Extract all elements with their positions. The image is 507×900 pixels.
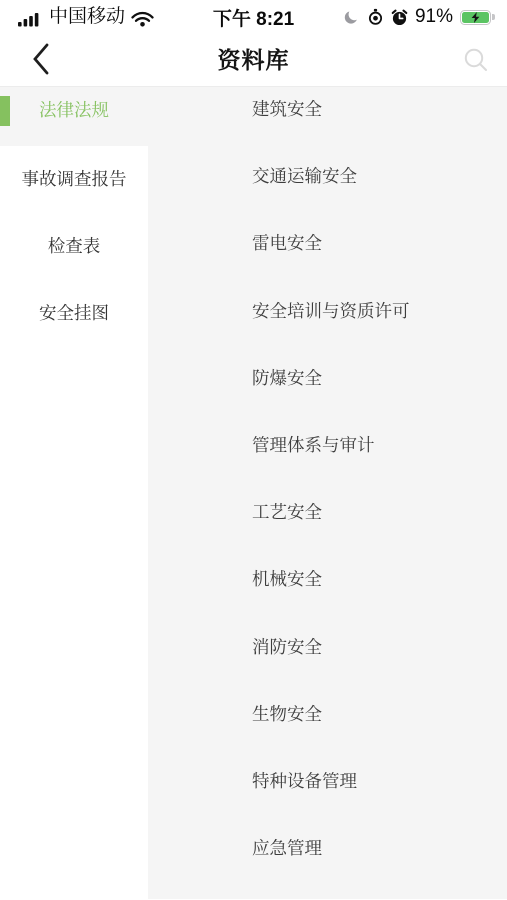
category-item[interactable]: 交通运输安全 [148,154,507,221]
page-title: 资料库 [218,42,290,75]
category-item[interactable]: 机械安全 [148,557,507,624]
category-item[interactable]: 工艺安全 [148,490,507,557]
sidebar-item-safety-posters[interactable]: 安全挂图 [0,280,148,347]
category-item[interactable]: 建筑安全 [148,87,507,154]
category-item[interactable]: 消防安全 [148,625,507,692]
category-item[interactable]: 特种设备管理 [148,759,507,826]
app-body: 法律法规 事故调查报告 检查表 安全挂图 建筑安全 交通运输安全 雷电安全 安全… [0,87,507,899]
battery-charging-icon [460,10,491,25]
phone-screen: 中国移动 下午 8:21 9 [0,0,507,900]
carrier-label: 中国移动 [49,7,125,27]
search-icon [462,46,489,73]
do-not-disturb-moon-icon [344,9,360,25]
sidebar-panel: 事故调查报告 检查表 安全挂图 [0,146,148,899]
status-left-cluster: 中国移动 [18,7,154,27]
category-sidebar: 法律法规 事故调查报告 检查表 安全挂图 [0,87,148,899]
category-item[interactable]: 应急管理 [148,826,507,893]
status-right-cluster: 91% [344,6,491,28]
alarm-clock-icon [391,9,408,26]
category-item[interactable]: 安全培训与资质许可 [148,289,507,356]
sidebar-item-checklists[interactable]: 检查表 [0,213,148,280]
charging-bolt-icon [471,12,480,23]
category-item[interactable]: 生物安全 [148,692,507,759]
signal-strength-icon [18,12,43,27]
nav-bar: 资料库 [0,30,507,87]
search-button[interactable] [461,45,489,73]
status-bar: 中国移动 下午 8:21 9 [0,0,507,30]
sidebar-item-laws-regulations[interactable]: 法律法规 [0,87,148,146]
sidebar-item-label: 法律法规 [39,99,109,146]
selected-indicator-bar [0,96,10,126]
battery-fill [462,12,489,23]
category-item[interactable]: 管理体系与审计 [148,423,507,490]
orientation-lock-icon [367,8,384,26]
wifi-icon [131,11,154,27]
battery-percent-label: 91% [415,6,453,28]
chevron-left-icon [30,42,52,76]
category-item[interactable]: 雷电安全 [148,221,507,288]
category-list: 建筑安全 交通运输安全 雷电安全 安全培训与资质许可 防爆安全 管理体系与审计 … [148,87,507,899]
category-item[interactable]: 防爆安全 [148,356,507,423]
sidebar-item-accident-reports[interactable]: 事故调查报告 [0,146,148,213]
back-button[interactable] [28,41,54,77]
